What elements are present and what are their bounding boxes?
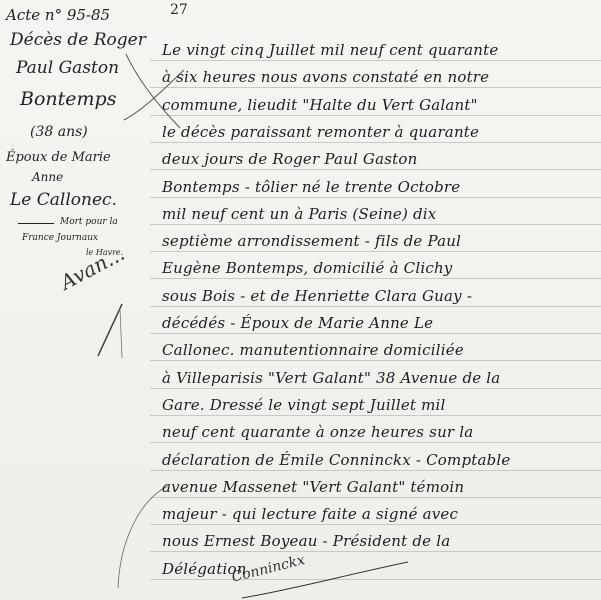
page-number: 27 <box>170 2 188 18</box>
ruled-line <box>150 251 601 252</box>
ruled-line <box>150 388 601 389</box>
ruled-line <box>150 415 601 416</box>
margin-title-line: Paul Gaston <box>16 58 119 78</box>
ruled-line <box>150 87 601 88</box>
margin-spouse-line: Anne <box>32 170 63 184</box>
record-line: le décès paraissant remonter à quarante <box>162 123 479 141</box>
record-line: à Villeparisis "Vert Galant" 38 Avenue d… <box>162 369 500 387</box>
record-line: Bontemps - tôlier né le trente Octobre <box>162 178 460 196</box>
ruled-line <box>150 169 601 170</box>
document-page: 27 Acte n° 95-85 Décès de Roger Paul Gas… <box>0 0 601 600</box>
record-line: commune, lieudit "Halte du Vert Galant" <box>162 96 478 114</box>
record-line: à six heures nous avons constaté en notr… <box>162 68 489 86</box>
record-line: décédés - Époux de Marie Anne Le <box>162 314 433 332</box>
record-line: Eugène Bontemps, domicilié à Clichy <box>162 259 452 277</box>
ruled-line <box>150 442 601 443</box>
record-line: mil neuf cent un à Paris (Seine) dix <box>162 205 436 223</box>
ruled-line <box>150 470 601 471</box>
ruled-line <box>150 306 601 307</box>
record-line: avenue Massenet "Vert Galant" témoin <box>162 478 464 496</box>
record-line: nous Ernest Boyeau - Président de la <box>162 532 450 550</box>
ruled-line <box>150 197 601 198</box>
margin-spouse-line: Époux de Marie <box>6 150 111 165</box>
ruled-line <box>150 142 601 143</box>
record-line: deux jours de Roger Paul Gaston <box>162 150 417 168</box>
ruled-line <box>150 60 601 61</box>
bracket-stroke-icon <box>110 480 170 590</box>
record-line: Callonec. manutentionnaire domiciliée <box>162 341 464 359</box>
signature-flourish-icon <box>92 300 132 360</box>
margin-spouse-line: Le Callonec. <box>10 190 117 210</box>
margin-surname: Bontemps <box>20 88 116 110</box>
margin-age: (38 ans) <box>30 124 88 140</box>
record-line: majeur - qui lecture faite a signé avec <box>162 505 458 523</box>
record-line: Gare. Dressé le vingt sept Juillet mil <box>162 396 446 414</box>
ruled-line <box>150 360 601 361</box>
cross-stroke-icon <box>118 50 188 130</box>
record-line: déclaration de Émile Conninckx - Comptab… <box>162 451 511 469</box>
acte-number: Acte n° 95-85 <box>6 6 110 24</box>
margin-title-line: Décès de Roger <box>10 30 146 50</box>
ruled-line <box>150 224 601 225</box>
ruled-line <box>150 278 601 279</box>
signature-flourish-icon <box>240 560 410 600</box>
record-line: Le vingt cinq Juillet mil neuf cent quar… <box>162 41 498 59</box>
cross-mark-icon <box>18 223 54 224</box>
record-line: septième arrondissement - fils de Paul <box>162 232 461 250</box>
margin-note-line: France Journaux <box>22 233 98 243</box>
record-line: sous Bois - et de Henriette Clara Guay - <box>162 287 472 305</box>
ruled-line <box>150 115 601 116</box>
record-line: neuf cent quarante à onze heures sur la <box>162 423 473 441</box>
ruled-line <box>150 524 601 525</box>
ruled-line <box>150 551 601 552</box>
margin-note-line: Mort pour la <box>60 217 118 227</box>
ruled-line <box>150 497 601 498</box>
ruled-line <box>150 333 601 334</box>
